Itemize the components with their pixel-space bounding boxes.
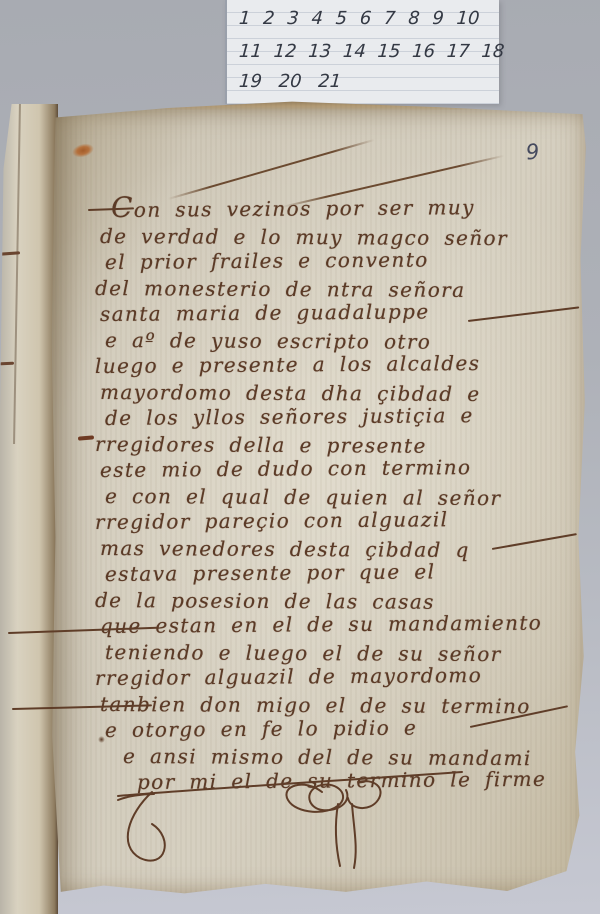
manuscript-line: santa maria de guadaluppe xyxy=(100,297,555,327)
manuscript-line: Con sus vezinos por ser muy xyxy=(111,192,555,223)
manuscript-line: que estan en el de su mandamiento xyxy=(100,609,555,639)
binding-shadow-line xyxy=(13,104,21,444)
manuscript-photo: 1 2 3 4 5 6 7 8 9 10 11 12 13 14 15 16 1… xyxy=(0,0,600,914)
book-binding-edge xyxy=(0,104,58,914)
numbered-reference-card: 1 2 3 4 5 6 7 8 9 10 11 12 13 14 15 16 1… xyxy=(225,0,499,104)
manuscript-line: el prior frailes e convento xyxy=(105,245,555,275)
notary-rubric-flourish xyxy=(100,730,480,875)
card-numbers-row-2: 11 12 13 14 15 16 17 18 xyxy=(226,41,499,62)
folio-number: 9 xyxy=(525,139,541,164)
manuscript-line: luego e presente a los alcaldes xyxy=(95,349,555,379)
manuscript-lines: Con sus vezinos por ser muyde verdad e l… xyxy=(95,195,555,795)
manuscript-line: de los yllos señores justiçia e xyxy=(105,401,555,431)
manuscript-line: estava presente por que el xyxy=(105,557,555,587)
manuscript-line: rregidor pareçio con alguazil xyxy=(95,505,555,535)
manuscript-line: rregidor alguazil de mayordomo xyxy=(95,661,555,691)
ink-bleed-mark xyxy=(0,362,14,366)
rust-stain xyxy=(71,141,96,159)
manuscript-line: este mio de dudo con termino xyxy=(100,453,555,483)
ink-smudge xyxy=(78,435,94,440)
card-numbers-row-1: 1 2 3 4 5 6 7 8 9 10 xyxy=(226,8,499,29)
card-numbers-row-3: 19 20 21 xyxy=(226,71,499,92)
